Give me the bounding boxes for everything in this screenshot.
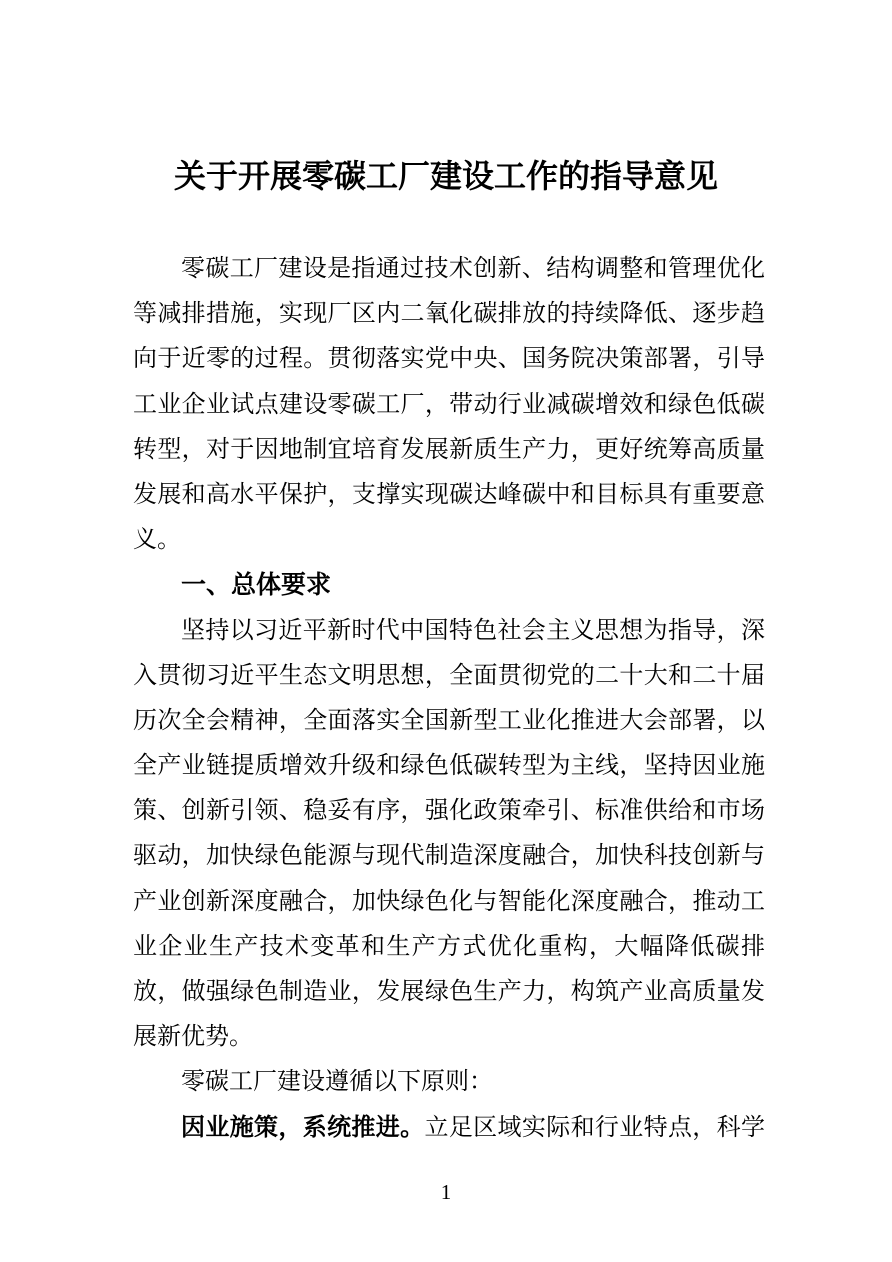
bold-lead-phrase: 因业施策，系统推进。 — [181, 1115, 424, 1141]
document-body: 零碳工厂建设是指通过技术创新、结构调整和管理优化等减排措施，实现厂区内二氧化碳排… — [133, 247, 765, 1151]
text-line: 因业施策，系统推进。立足区域实际和行业特点，科学 — [133, 1106, 765, 1151]
text-line: 义。 — [133, 518, 765, 563]
text-line: 入贯彻习近平生态文明思想，全面贯彻党的二十大和二十届 — [133, 654, 765, 699]
text-line: 全产业链提质增效升级和绿色低碳转型为主线，坚持因业施 — [133, 744, 765, 789]
text-line: 展新优势。 — [133, 1015, 765, 1060]
text-line: 驱动，加快绿色能源与现代制造深度融合，加快科技创新与 — [133, 834, 765, 879]
text-line: 零碳工厂建设遵循以下原则： — [133, 1060, 765, 1105]
text-line: 等减排措施，实现厂区内二氧化碳排放的持续降低、逐步趋 — [133, 292, 765, 337]
section-heading: 一、总体要求 — [133, 563, 765, 608]
text-line: 业企业生产技术变革和生产方式优化重构，大幅降低碳排 — [133, 925, 765, 970]
text-line: 坚持以习近平新时代中国特色社会主义思想为指导，深 — [133, 609, 765, 654]
text-line: 策、创新引领、稳妥有序，强化政策牵引、标准供给和市场 — [133, 789, 765, 834]
page-number: 1 — [0, 1178, 892, 1206]
text-line: 零碳工厂建设是指通过技术创新、结构调整和管理优化 — [133, 247, 765, 292]
text-line: 产业创新深度融合，加快绿色化与智能化深度融合，推动工 — [133, 880, 765, 925]
text-line: 放，做强绿色制造业，发展绿色生产力，构筑产业高质量发 — [133, 970, 765, 1015]
text-line: 发展和高水平保护，支撑实现碳达峰碳中和目标具有重要意 — [133, 473, 765, 518]
document-page: 关于开展零碳工厂建设工作的指导意见 零碳工厂建设是指通过技术创新、结构调整和管理… — [0, 0, 892, 1262]
text-line: 向于近零的过程。贯彻落实党中央、国务院决策部署，引导 — [133, 337, 765, 382]
text-line: 转型，对于因地制宜培育发展新质生产力，更好统筹高质量 — [133, 428, 765, 473]
text-line: 历次全会精神，全面落实全国新型工业化推进大会部署，以 — [133, 699, 765, 744]
text-line: 工业企业试点建设零碳工厂，带动行业减碳增效和绿色低碳 — [133, 383, 765, 428]
document-title: 关于开展零碳工厂建设工作的指导意见 — [0, 152, 892, 200]
